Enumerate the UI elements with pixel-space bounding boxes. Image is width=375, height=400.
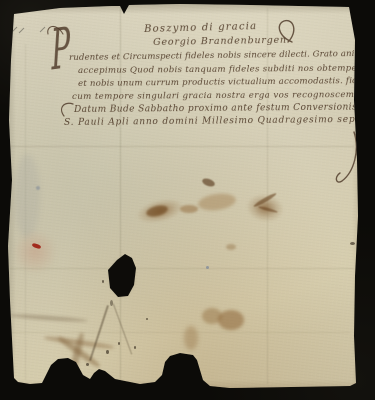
photo-background: P Boszymo di gracia Georgio Brandenburge… — [0, 0, 375, 400]
datum-flourish — [62, 103, 73, 116]
manuscript-paper: P Boszymo di gracia Georgio Brandenburge… — [6, 4, 364, 396]
pencil-marks — [12, 27, 45, 33]
heading-line-2: Georgio Brandenburgen — [153, 35, 287, 48]
manuscript-initial: P — [50, 17, 72, 83]
signature-paraph — [336, 132, 356, 182]
body-line-4: cum tempore singulari gracia nostra erga… — [72, 90, 365, 102]
